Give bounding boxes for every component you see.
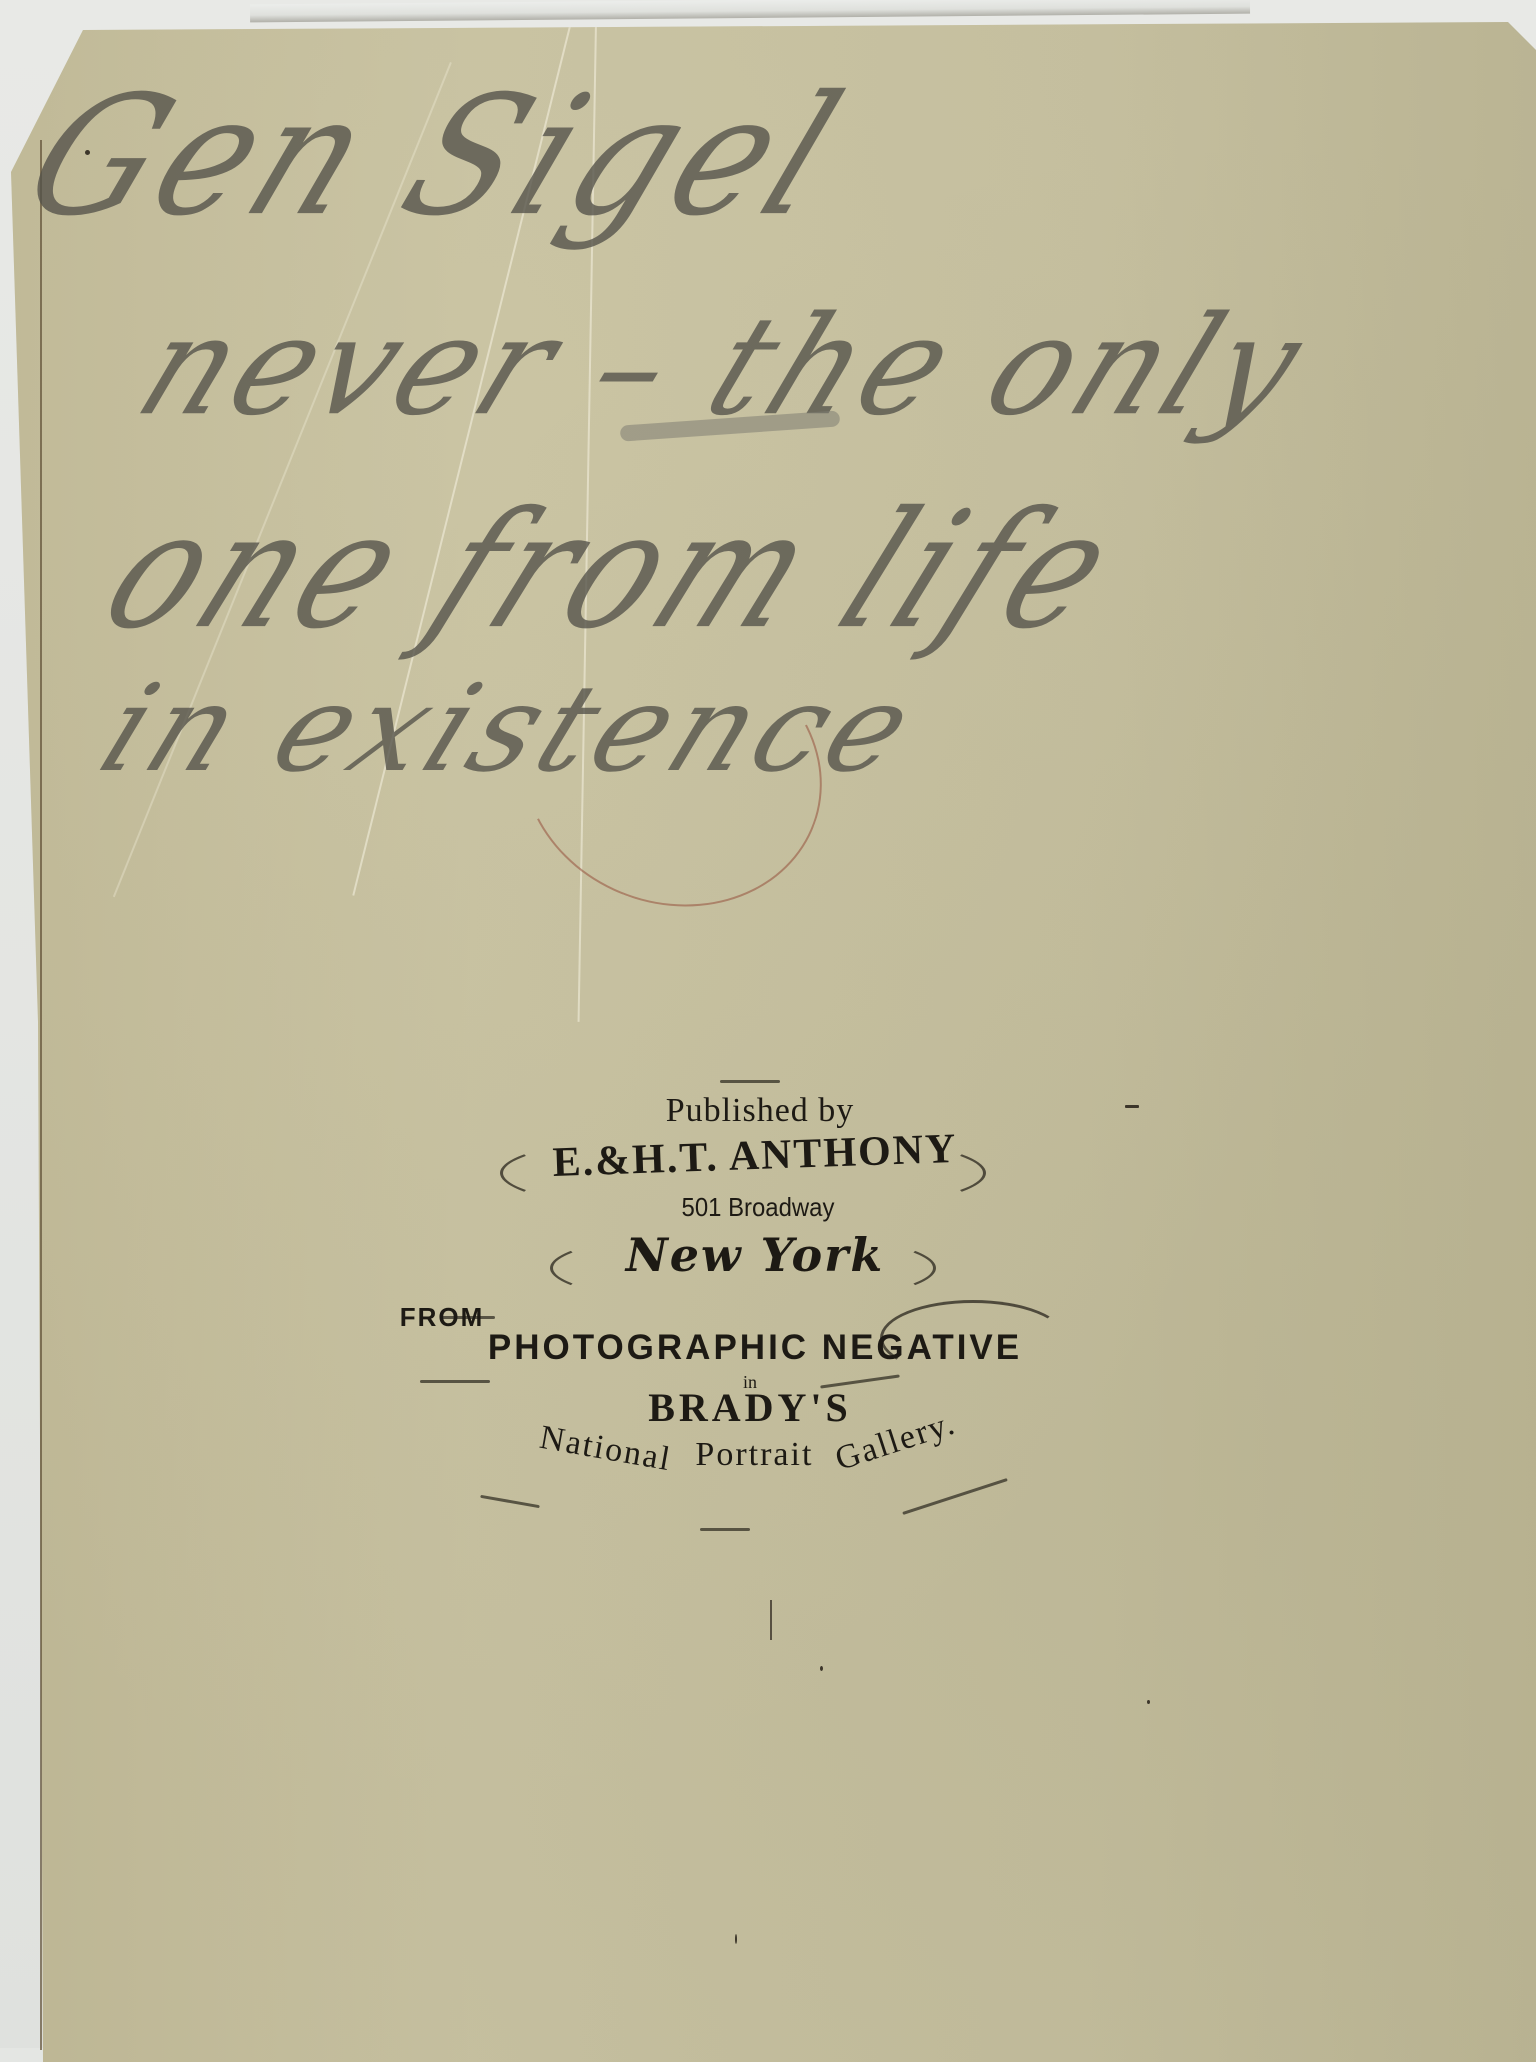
- studio-name: BRADY'S: [400, 1384, 1100, 1431]
- handwritten-line-3: one from life: [78, 478, 1146, 665]
- ink-mark: [770, 1600, 772, 1640]
- ink-speck: [735, 1934, 737, 1944]
- card-left-edge: [40, 140, 42, 2048]
- ink-speck: [85, 150, 90, 155]
- ornament-dash: [700, 1528, 750, 1531]
- photographer-backstamp: Published by E.&H.T. ANTHONY 501 Broadwa…: [380, 1080, 1100, 1540]
- ornament-dash: [902, 1478, 1008, 1515]
- gallery-word-2: Portrait: [695, 1436, 813, 1474]
- handwritten-line-4: in existence: [82, 660, 937, 799]
- photographic-negative-label: PHOTOGRAPHIC NEGATIVE: [410, 1328, 1100, 1368]
- ornament-dash: [480, 1495, 540, 1508]
- publisher-address: 501 Broadway: [443, 1192, 1072, 1223]
- ornament-dash: [720, 1080, 780, 1083]
- ink-speck: [820, 1666, 823, 1671]
- publisher-city: New York: [410, 1228, 1100, 1282]
- handwritten-line-1: Gen Sigel: [1, 61, 869, 252]
- gallery-name: National Portrait Gallery.: [400, 1436, 1100, 1474]
- ink-speck: [1125, 1105, 1139, 1108]
- ink-speck: [1147, 1700, 1150, 1704]
